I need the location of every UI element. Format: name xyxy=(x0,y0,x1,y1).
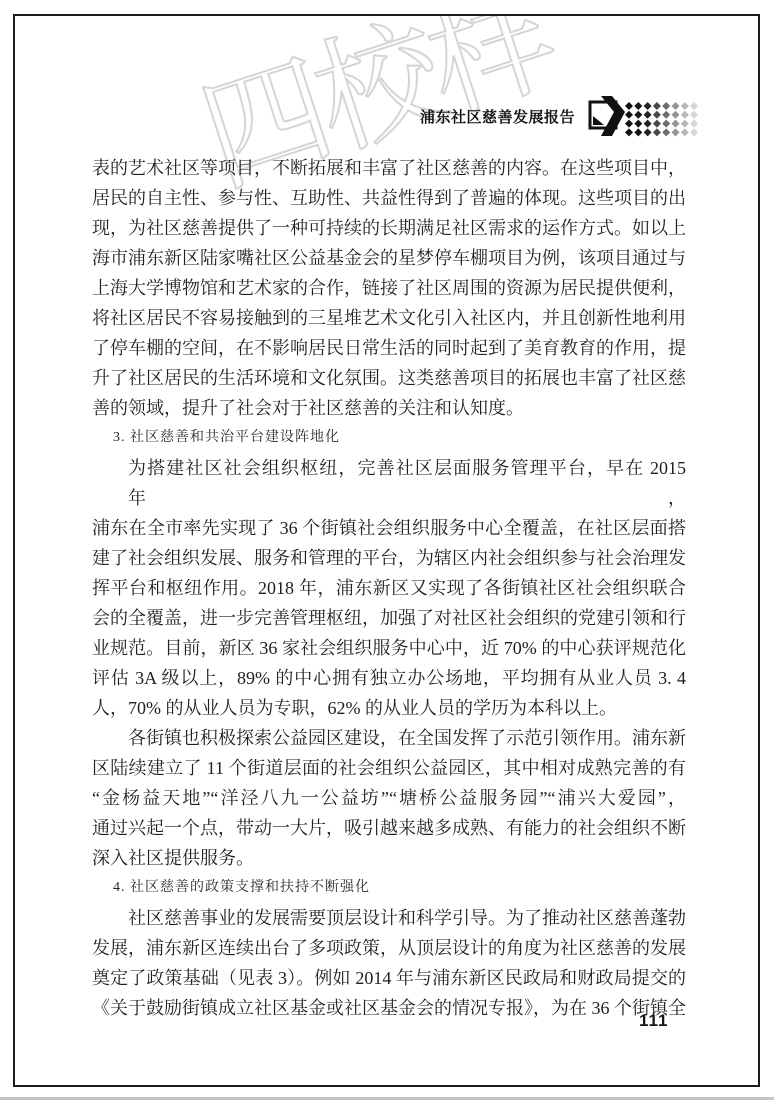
body-line: 社区慈善事业的发展需要顶层设计和科学引导。为了推动社区慈善蓬勃 xyxy=(92,903,686,933)
body-line: 通过兴起一个点，带动一大片，吸引越来越多成熟、有能力的社会组织不断 xyxy=(92,813,686,843)
document-page-container: 四校样 浦东社区慈善发展报告 表的艺术社区等项目，不断拓展和丰富了社区慈善的内容… xyxy=(0,0,774,1107)
body-line: 区陆续建立了 11 个街道层面的社会组织公益园区，其中相对成熟完善的有 xyxy=(92,753,686,783)
body-line: 表的艺术社区等项目，不断拓展和丰富了社区慈善的内容。在这些项目中， xyxy=(92,153,686,183)
page-header: 浦东社区慈善发展报告 xyxy=(420,95,698,137)
body-line: 了停车棚的空间，在不影响居民日常生活的同时起到了美育教育的作用，提 xyxy=(92,333,686,363)
body-line: 评估 3A 级以上，89% 的中心拥有独立办公场地，平均拥有从业人员 3. 4 xyxy=(92,663,686,693)
body-line: 会的全覆盖，进一步完善管理枢纽，加强了对社区社会组织的党建引领和行 xyxy=(92,603,686,633)
body-line: 上海大学博物馆和艺术家的合作，链接了社区周围的资源为居民提供便利， xyxy=(92,273,686,303)
logo-fade-dots xyxy=(625,102,698,136)
logo-corner-triangle xyxy=(593,116,604,125)
body-line: 深入社区提供服务。 xyxy=(92,843,686,873)
body-line: 升了社区居民的生活环境和文化氛围。这类慈善项目的拓展也丰富了社区慈 xyxy=(92,363,686,393)
report-title: 浦东社区慈善发展报告 xyxy=(420,106,575,127)
body-line: 将社区居民不容易接触到的三星堆艺术文化引入社区内，并且创新性地利用 xyxy=(92,303,686,333)
section-heading: 3. 社区慈善和共治平台建设阵地化 xyxy=(92,423,686,453)
body-text: 表的艺术社区等项目，不断拓展和丰富了社区慈善的内容。在这些项目中，居民的自主性、… xyxy=(92,153,686,1023)
body-line: 挥平台和枢纽作用。2018 年，浦东新区又实现了各街镇社区社会组织联合 xyxy=(92,573,686,603)
report-brand-icon xyxy=(588,95,698,137)
body-line: “金杨益天地”“洋泾八九一公益坊”“塘桥公益服务园”“浦兴大爱园”， xyxy=(92,783,686,813)
page: 四校样 浦东社区慈善发展报告 表的艺术社区等项目，不断拓展和丰富了社区慈善的内容… xyxy=(13,14,760,1087)
section-heading: 4. 社区慈善的政策支撑和扶持不断强化 xyxy=(92,873,686,903)
body-line: 现，为社区慈善提供了一种可持续的长期满足社区需求的运作方式。如以上 xyxy=(92,213,686,243)
body-line: 为搭建社区社会组织枢纽，完善社区层面服务管理平台，早在 2015 年， xyxy=(92,453,686,513)
body-line: 海市浦东新区陆家嘴社区公益基金会的星梦停车棚项目为例，该项目通过与 xyxy=(92,243,686,273)
body-line: 人，70% 的从业人员为专职，62% 的从业人员的学历为本科以上。 xyxy=(92,693,686,723)
body-line: 建了社会组织发展、服务和管理的平台，为辖区内社会组织参与社会治理发 xyxy=(92,543,686,573)
page-number: 111 xyxy=(639,1011,669,1031)
body-line: 各街镇也积极探索公益园区建设，在全国发挥了示范引领作用。浦东新 xyxy=(92,723,686,753)
body-line: 奠定了政策基础（见表 3）。例如 2014 年与浦东新区民政局和财政局提交的 xyxy=(92,963,686,993)
body-line: 《关于鼓励街镇成立社区基金或社区基金会的情况专报》，为在 36 个街镇全 xyxy=(92,993,686,1023)
body-line: 业规范。目前，新区 36 家社会组织服务中心中，近 70% 的中心获评规范化 xyxy=(92,633,686,663)
body-line: 发展，浦东新区连续出台了多项政策，从顶层设计的角度为社区慈善的发展 xyxy=(92,933,686,963)
body-line: 居民的自主性、参与性、互助性、共益性得到了普遍的体现。这些项目的出 xyxy=(92,183,686,213)
body-line: 善的领域，提升了社会对于社区慈善的关注和认知度。 xyxy=(92,393,686,423)
body-line: 浦东在全市率先实现了 36 个街镇社会组织服务中心全覆盖，在社区层面搭 xyxy=(92,513,686,543)
viewer-bottom-rule xyxy=(0,1097,774,1100)
